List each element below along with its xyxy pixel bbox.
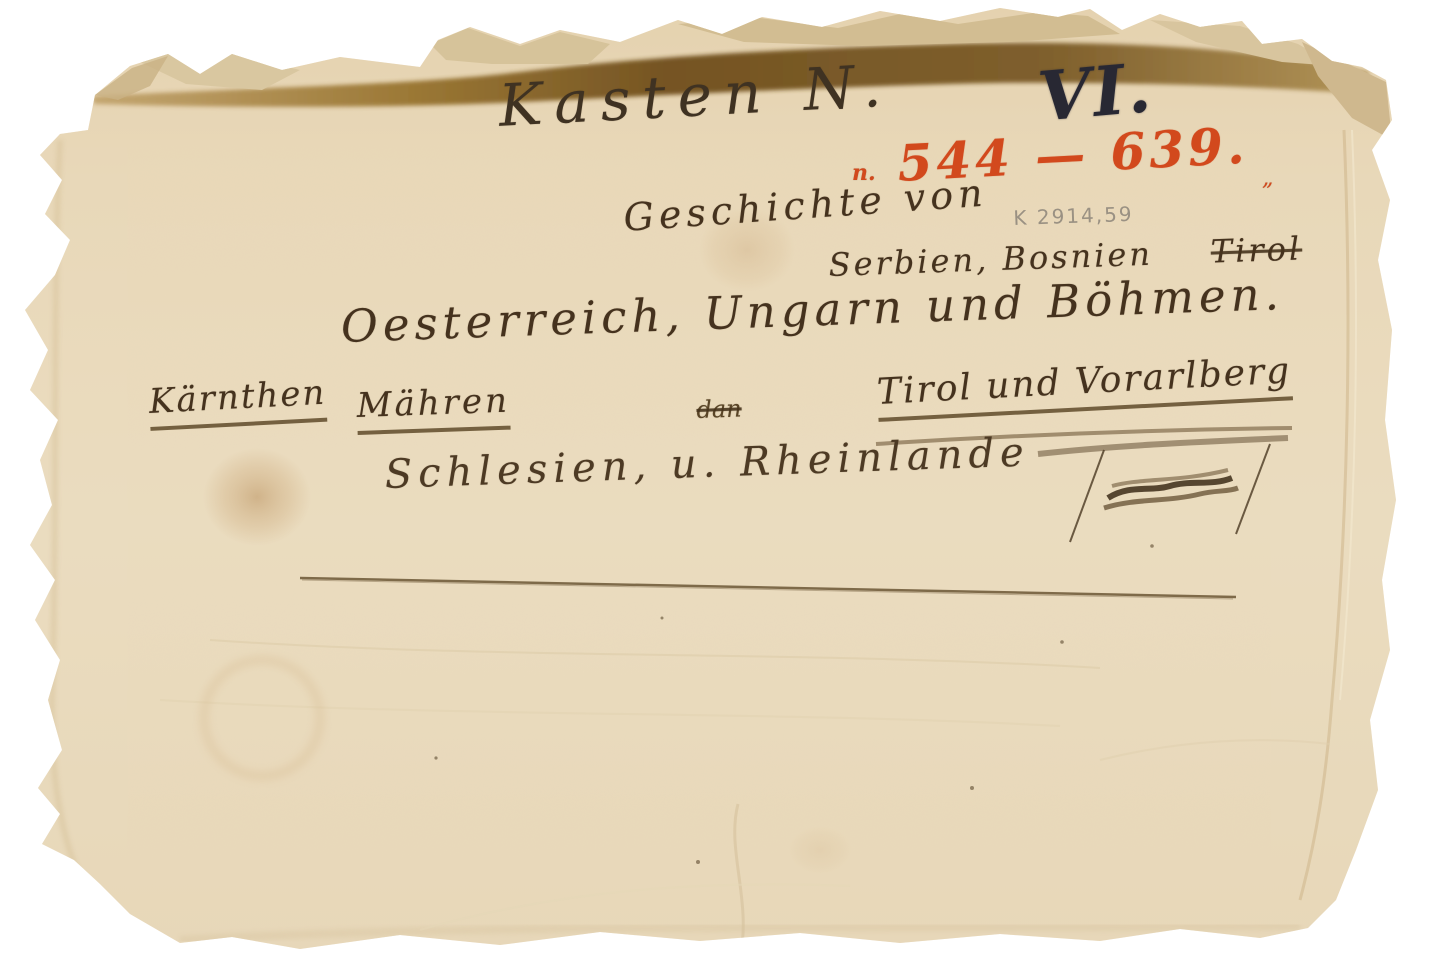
envelope-paper bbox=[0, 0, 1432, 966]
faint-stain bbox=[699, 208, 795, 292]
envelope-photo: Kasten N. VI. n. 544 — 639. „ K 2914,59 … bbox=[0, 0, 1432, 966]
round-stain bbox=[203, 448, 311, 546]
